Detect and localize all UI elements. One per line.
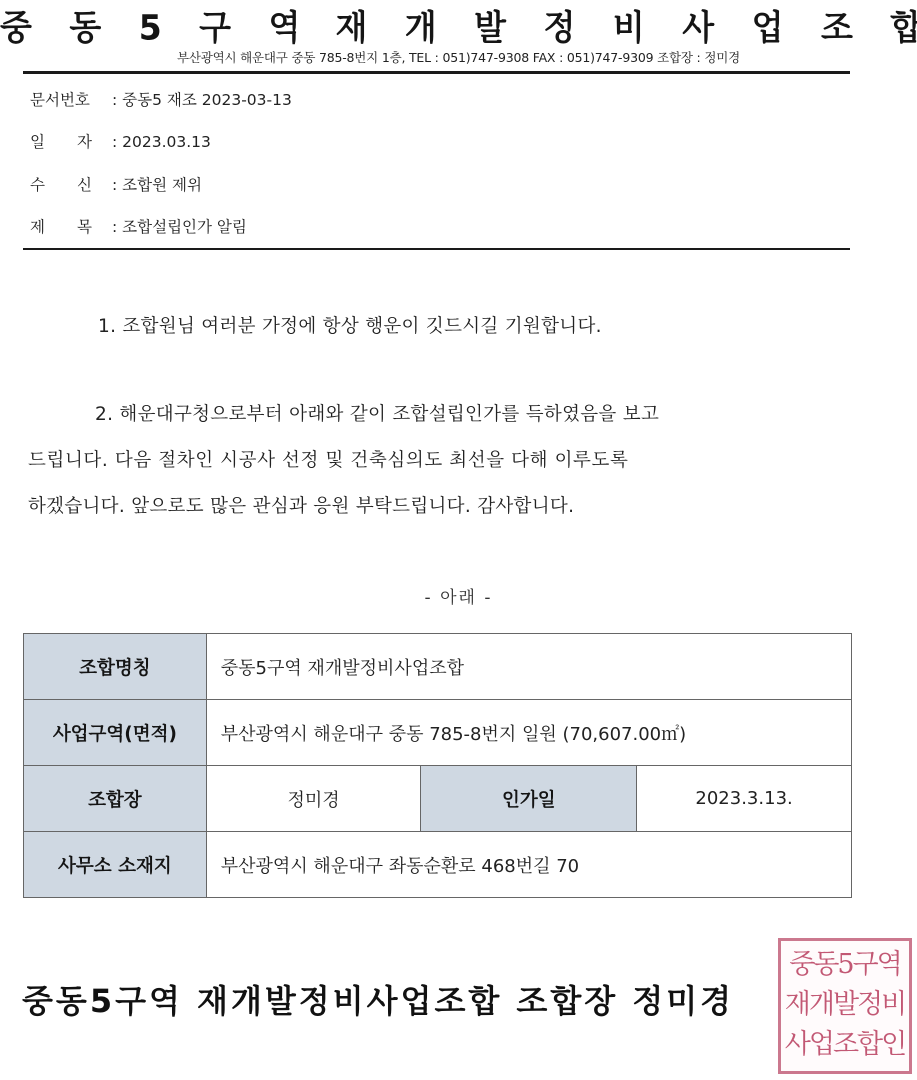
below-heading: - 아래 - xyxy=(0,583,917,608)
union-name-label: 조합명칭 xyxy=(24,634,207,700)
meta-label: 일자 xyxy=(30,130,92,152)
table-row: 조합명칭 중동5구역 재개발정비사업조합 xyxy=(24,634,852,700)
table-row: 조합장 정미경 인가일 2023.3.13. xyxy=(24,766,852,832)
meta-recipient: 수신: 조합원 제위 xyxy=(30,173,202,195)
meta-label-char: 제 xyxy=(30,215,45,237)
project-area-value: 부산광역시 해운대구 중동 785-8번지 일원 (70,607.00㎡) xyxy=(206,700,851,766)
meta-label-char: 수 xyxy=(30,173,45,195)
seal-line: 사업조합인 xyxy=(781,1025,909,1065)
meta-value: : 조합원 제위 xyxy=(112,176,202,194)
meta-label-char: 일 xyxy=(30,130,45,152)
seal-line: 중동5구역 xyxy=(781,945,909,985)
title-part-union: 재 개 발 정 비 사 업 조 합 xyxy=(335,7,917,48)
organization-title: 중 동 5 구 역재 개 발 정 비 사 업 조 합 xyxy=(0,1,917,50)
paragraph-1: 1. 조합원님 여러분 가정에 항상 행운이 깃드시길 기원합니다. xyxy=(98,312,602,338)
meta-value: : 조합설립인가 알림 xyxy=(112,218,247,236)
meta-value: : 2023.03.13 xyxy=(112,133,211,151)
approval-date-label: 인가일 xyxy=(421,766,637,832)
paragraph-2-line-1: 2. 해운대구청으로부터 아래와 같이 조합설립인가를 득하였음을 보고 xyxy=(95,400,659,426)
table-row: 사업구역(면적) 부산광역시 해운대구 중동 785-8번지 일원 (70,60… xyxy=(24,700,852,766)
meta-label-char: 목 xyxy=(77,215,92,237)
chairman-value: 정미경 xyxy=(206,766,421,832)
meta-subject: 제목: 조합설립인가 알림 xyxy=(30,215,247,237)
office-location-value: 부산광역시 해운대구 좌동순환로 468번길 70 xyxy=(206,832,851,898)
union-info-table: 조합명칭 중동5구역 재개발정비사업조합 사업구역(면적) 부산광역시 해운대구… xyxy=(23,633,852,898)
paragraph-2-line-2: 드립니다. 다음 절차인 시공사 선정 및 건축심의도 최선을 다해 이루도록 xyxy=(28,446,628,472)
meta-document-number: 문서번호: 중동5 재조 2023-03-13 xyxy=(30,88,292,110)
meta-label: 제목 xyxy=(30,215,92,237)
signature-line: 중동5구역 재개발정비사업조합 조합장 정미경 xyxy=(22,976,734,1022)
union-name-value: 중동5구역 재개발정비사업조합 xyxy=(206,634,851,700)
meta-divider xyxy=(23,248,850,250)
title-part-district: 중 동 5 구 역 xyxy=(0,7,313,48)
organization-contact-info: 부산광역시 해운대구 중동 785-8번지 1층, TEL : 051)747-… xyxy=(0,48,917,66)
meta-date: 일자: 2023.03.13 xyxy=(30,130,211,152)
meta-label: 수신 xyxy=(30,173,92,195)
meta-label-char: 신 xyxy=(77,173,92,195)
meta-label-char: 자 xyxy=(77,130,92,152)
header-divider xyxy=(23,71,850,74)
seal-line: 재개발정비 xyxy=(781,985,909,1025)
chairman-label: 조합장 xyxy=(24,766,207,832)
official-seal-stamp: 중동5구역 재개발정비 사업조합인 xyxy=(778,938,912,1074)
project-area-label: 사업구역(면적) xyxy=(24,700,207,766)
meta-value: : 중동5 재조 2023-03-13 xyxy=(112,91,292,109)
table-row: 사무소 소재지 부산광역시 해운대구 좌동순환로 468번길 70 xyxy=(24,832,852,898)
paragraph-2-line-3: 하겠습니다. 앞으로도 많은 관심과 응원 부탁드립니다. 감사합니다. xyxy=(28,492,574,518)
office-location-label: 사무소 소재지 xyxy=(24,832,207,898)
approval-date-value: 2023.3.13. xyxy=(637,766,852,832)
meta-label: 문서번호 xyxy=(30,88,112,110)
